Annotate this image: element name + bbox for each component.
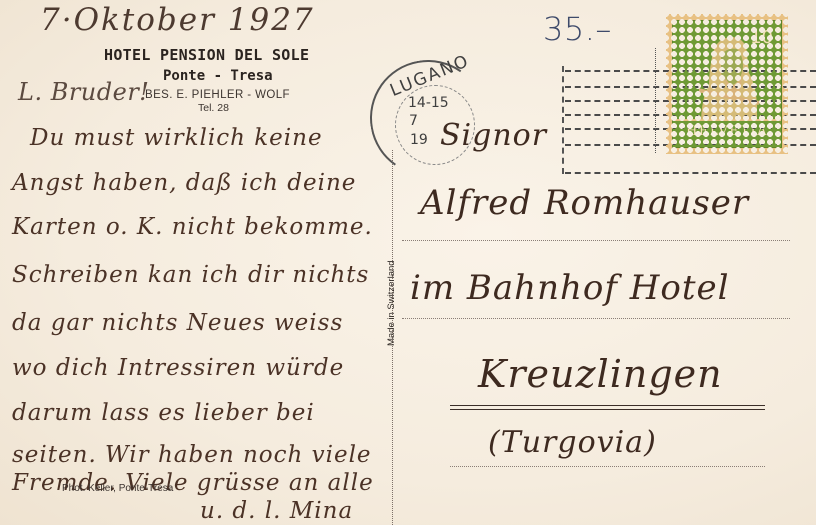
stamp-value: 10 xyxy=(750,27,773,48)
message-line: darum lass es lieber bei xyxy=(12,400,315,426)
stamp-face: 10 HELVETIA xyxy=(672,20,782,148)
message-line: Karten o. K. nicht bekomme. xyxy=(12,214,373,240)
city-double-underline xyxy=(450,405,765,410)
message-line: Schreiben kan ich dir nichts xyxy=(12,262,369,288)
address-dotted-line xyxy=(450,466,765,467)
message-line: da gar nichts Neues weiss xyxy=(12,310,343,336)
handwritten-date: 7·Oktober 1927 xyxy=(40,2,315,38)
postmark-year: 19 xyxy=(410,132,428,148)
letterhead-telephone: Tel. 28 xyxy=(198,102,229,114)
message-line: seiten. Wir haben noch viele xyxy=(12,442,372,468)
letterhead-hotel-name: HOTEL PENSION DEL SOLE xyxy=(104,46,309,64)
letterhead-owner: BES. E. PIEHLER - WOLF xyxy=(145,89,290,101)
postcard: 7·Oktober 1927 HOTEL PENSION DEL SOLE Po… xyxy=(0,0,816,525)
address-salutation: Signor xyxy=(440,118,547,153)
address-city: Kreuzlingen xyxy=(478,352,723,396)
postmark-time: 14-15 xyxy=(408,95,449,111)
address-dotted-line xyxy=(402,318,790,319)
message-line: wo dich Intressiren würde xyxy=(12,355,344,381)
address-canton: (Turgovia) xyxy=(488,425,657,460)
price-note: 35.– xyxy=(543,10,612,48)
postmark-day: 7 xyxy=(409,113,418,129)
address-hotel: im Bahnhof Hotel xyxy=(410,268,730,308)
message-line: Du must wirklich keine xyxy=(30,125,323,151)
photo-credit: Phot. Keller, Ponte-Tresa xyxy=(62,483,173,494)
letterhead-place: Ponte - Tresa xyxy=(163,68,273,84)
postage-stamp: 10 HELVETIA xyxy=(666,14,788,154)
address-dotted-line xyxy=(402,240,790,241)
made-in-label: Made in Switzerland xyxy=(386,260,397,346)
message-line: Angst haben, daß ich deine xyxy=(12,170,356,196)
message-line: u. d. l. Mina xyxy=(200,498,353,524)
stamp-country: HELVETIA xyxy=(673,119,781,143)
cancellation-line xyxy=(565,172,816,174)
address-recipient-name: Alfred Romhauser xyxy=(420,183,749,223)
salutation: L. Bruder! xyxy=(18,78,149,106)
